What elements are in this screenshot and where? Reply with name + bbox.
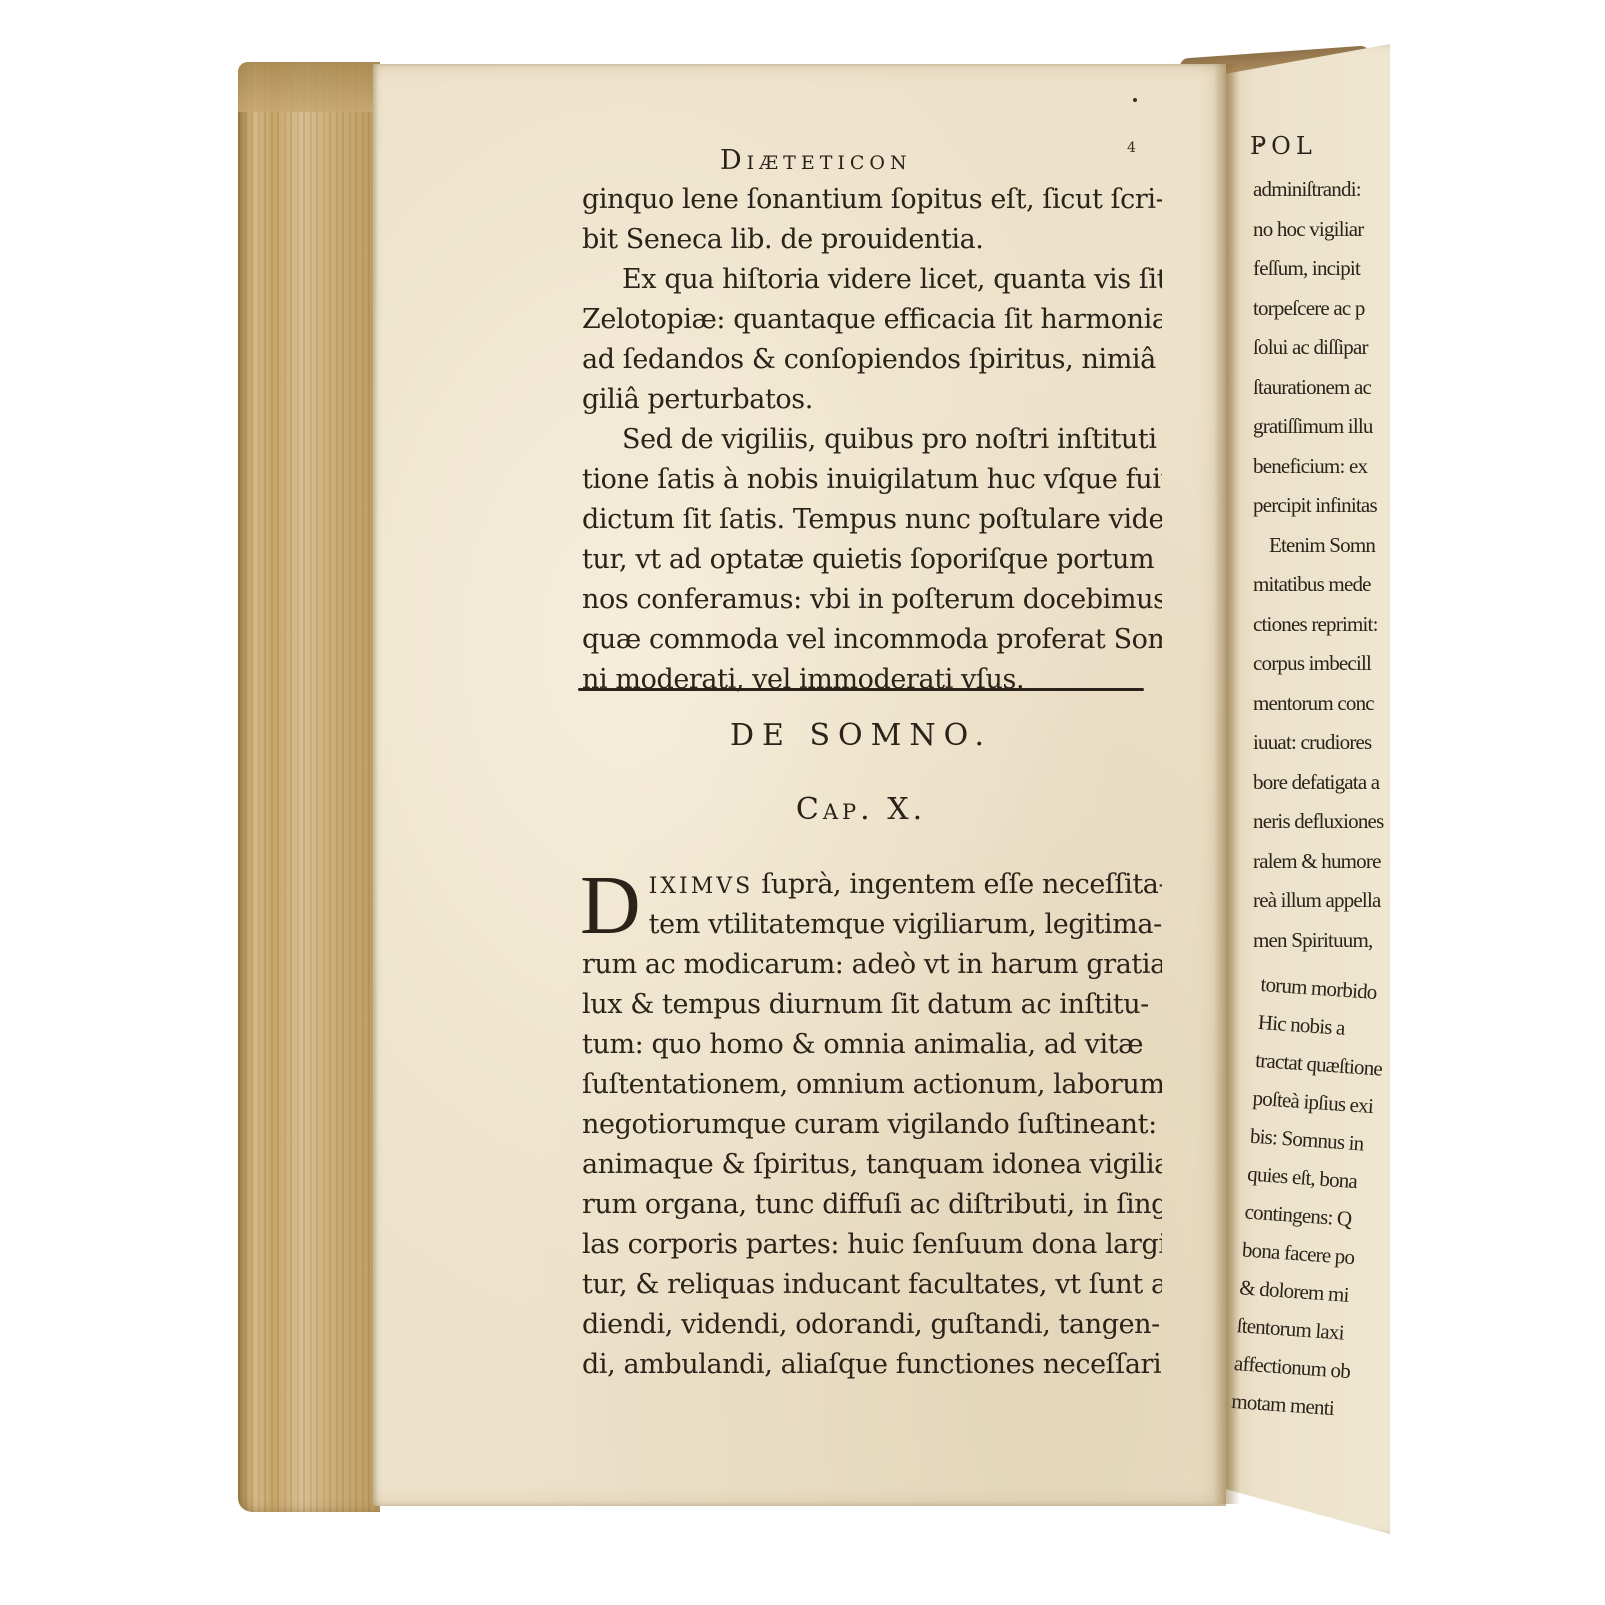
- text-line: ſuſtentationem, omnium actionum, laborum: [582, 1065, 1162, 1105]
- chapter-body: D IXIMVS ſuprà, ingentem eſſe neceſſita-…: [582, 865, 1162, 1385]
- text-line: corpus imbecill: [1253, 644, 1390, 684]
- text-line: lux & tempus diurnum ſit datum ac inſtit…: [582, 985, 1162, 1025]
- first-word-caps: IXIMVS: [649, 874, 754, 899]
- text-line: iuuat: crudiores: [1253, 723, 1390, 763]
- section-divider-rule: [578, 688, 1144, 691]
- text-line: tur, vt ad optatæ quietis ſoporiſque por…: [582, 540, 1162, 580]
- drop-cap: D: [580, 871, 641, 941]
- text-line: rum ac modicarum: adeò vt in harum grati…: [582, 945, 1162, 985]
- text-line: ſolui ac diſſipar: [1253, 328, 1390, 368]
- paper-speck: [1133, 98, 1137, 102]
- text-line: ſtaurationem ac: [1253, 368, 1390, 408]
- text-line: feſſum, incipit: [1253, 249, 1390, 289]
- open-book-photo: Diæteticon 4 ginquo lene ſonantium ſopit…: [0, 0, 1605, 1605]
- paper-speck: [1258, 143, 1262, 147]
- text-line: ginquo lene ſonantium ſopitus eſt, ſicut…: [582, 180, 1162, 220]
- text-line: diendi, videndi, odorandi, guſtandi, tan…: [582, 1305, 1162, 1345]
- text-line: no hoc vigiliar: [1253, 210, 1390, 250]
- text-line: tem vtilitatemque vigiliarum, legitima-: [649, 905, 1162, 945]
- section-title: DE SOMNO.: [578, 718, 1144, 753]
- text-line: tum: quo homo & omnia animalia, ad vitæ: [582, 1025, 1162, 1065]
- text-line: rum organa, tunc diffuſi ac diſtributi, …: [582, 1185, 1162, 1225]
- text-line: mitatibus mede: [1253, 565, 1390, 605]
- running-head: Diæteticon: [720, 145, 912, 176]
- text-line: men Spirituum,: [1253, 921, 1390, 961]
- text-line: torpeſcere ac p: [1253, 289, 1390, 329]
- text-line: adminiſtrandi:: [1253, 170, 1390, 210]
- book-gutter: [1214, 64, 1240, 1504]
- chapter-label: Cap. X.: [578, 792, 1144, 827]
- text-line: negotiorumque curam vigilando ſuſtineant…: [582, 1105, 1162, 1145]
- top-paragraphs: ginquo lene ſonantium ſopitus eſt, ſicut…: [582, 180, 1162, 700]
- text-line: beneficium: ex: [1253, 447, 1390, 487]
- text-line: mentorum conc: [1253, 684, 1390, 724]
- text-line: giliâ perturbatos.: [582, 380, 1162, 420]
- book-top-edge: [238, 62, 380, 112]
- text-line: ni moderati, vel immoderati vſus.: [582, 660, 1162, 700]
- text-line: Etenim Somn: [1253, 526, 1390, 566]
- text-line: percipit infinitas: [1253, 486, 1390, 526]
- text-line: bit Seneca lib. de prouidentia.: [582, 220, 1162, 260]
- text-line: ctiones reprimit:: [1253, 605, 1390, 645]
- text-line: animaque & ſpiritus, tanquam idonea vigi…: [582, 1145, 1162, 1185]
- text-line: Sed de vigiliis, quibus pro noſtri inſti…: [582, 420, 1162, 460]
- text-line: las corporis partes: huic ſenſuum dona l…: [582, 1225, 1162, 1265]
- text-line: gratiſſimum illu: [1253, 407, 1390, 447]
- text-line: tur, & reliquas inducant facultates, vt …: [582, 1265, 1162, 1305]
- text-line: reà illum appella: [1253, 881, 1390, 921]
- text-line: bore defatigata a: [1253, 763, 1390, 803]
- right-page-upper-text: adminiſtrandi: no hoc vigiliar feſſum, i…: [1253, 170, 1390, 960]
- text-line: Zelotopiæ: quantaque efficacia ſit harmo…: [582, 300, 1162, 340]
- text-line: nos conferamus: vbi in poſterum docebimu…: [582, 580, 1162, 620]
- text-line: quæ commoda vel incommoda proferat Som-: [582, 620, 1162, 660]
- text-line: ad ſedandos & conſopiendos ſpiritus, nim…: [582, 340, 1162, 380]
- text-line: ralem & humore: [1253, 842, 1390, 882]
- text-line: ſuprà, ingentem eſſe neceſſita-: [753, 869, 1162, 900]
- text-line: dictum ſit ſatis. Tempus nunc poſtulare …: [582, 500, 1162, 540]
- text-line: di, ambulandi, aliaſque functiones neceſ…: [582, 1345, 1162, 1385]
- book-fore-edge: [238, 62, 380, 1512]
- text-line: neris defluxiones: [1253, 802, 1390, 842]
- text-line: tione ſatis à nobis inuigilatum huc vſqu…: [582, 460, 1162, 500]
- folio-mark: 4: [1127, 140, 1136, 156]
- text-line: Ex qua hiſtoria videre licet, quanta vis…: [582, 260, 1162, 300]
